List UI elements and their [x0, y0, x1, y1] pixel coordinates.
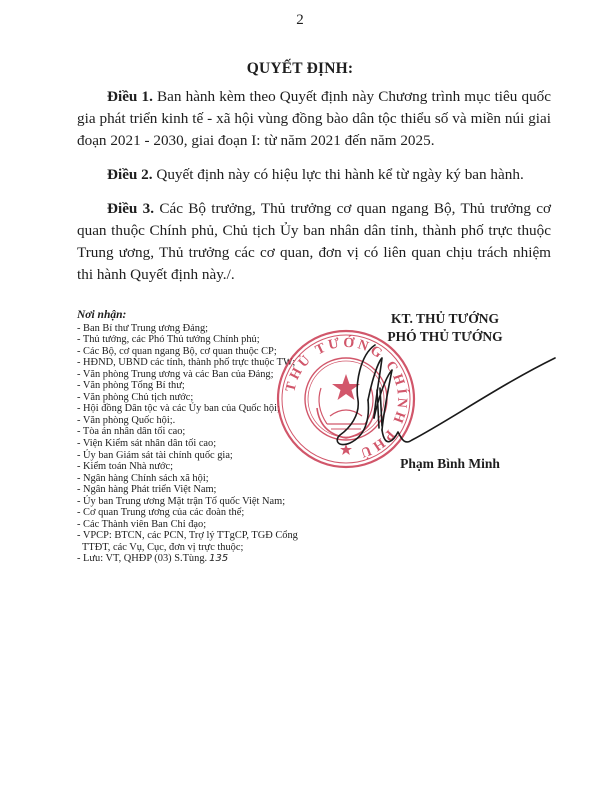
decision-articles: Điều 1. Ban hành kèm theo Quyết định này…: [77, 86, 551, 298]
page-number: 2: [0, 12, 600, 29]
signer-title-line1: KT. THỦ TƯỚNG: [370, 310, 520, 328]
decision-heading: QUYẾT ĐỊNH:: [0, 60, 600, 78]
list-item: - Ủy ban Trung ương Mặt trận Tổ quốc Việ…: [77, 496, 377, 508]
signature-icon: [330, 340, 560, 460]
list-item: - Ngân hàng Chính sách xã hội;: [77, 473, 377, 485]
recipients-title: Nơi nhận:: [77, 310, 377, 322]
article-2: Điều 2. Quyết định này có hiệu lực thi h…: [77, 164, 551, 186]
article-1-label: Điều 1.: [107, 88, 153, 105]
archive-line: - Lưu: VT, QHĐP (03) S.Tùng.135: [77, 553, 377, 565]
list-item: - Ngân hàng Phát triển Việt Nam;: [77, 484, 377, 496]
article-2-text: Quyết định này có hiệu lực thi hành kể t…: [153, 166, 524, 183]
list-item: - Các Thành viên Ban Chỉ đạo;: [77, 519, 377, 531]
signer-name: Phạm Bình Minh: [360, 456, 540, 472]
list-item: - Cơ quan Trung ương của các đoàn thể;: [77, 507, 377, 519]
article-2-label: Điều 2.: [107, 166, 153, 183]
list-item: - VPCP: BTCN, các PCN, Trợ lý TTgCP, TGĐ…: [77, 530, 377, 542]
list-item: TTĐT, các Vụ, Cục, đơn vị trực thuộc;: [77, 542, 377, 554]
article-3: Điều 3. Các Bộ trưởng, Thủ trưởng cơ qua…: [77, 198, 551, 286]
article-1: Điều 1. Ban hành kèm theo Quyết định này…: [77, 86, 551, 152]
handwritten-number: 135: [209, 553, 228, 564]
article-3-label: Điều 3.: [107, 200, 154, 217]
archive-text: - Lưu: VT, QHĐP (03) S.Tùng.: [77, 553, 207, 564]
